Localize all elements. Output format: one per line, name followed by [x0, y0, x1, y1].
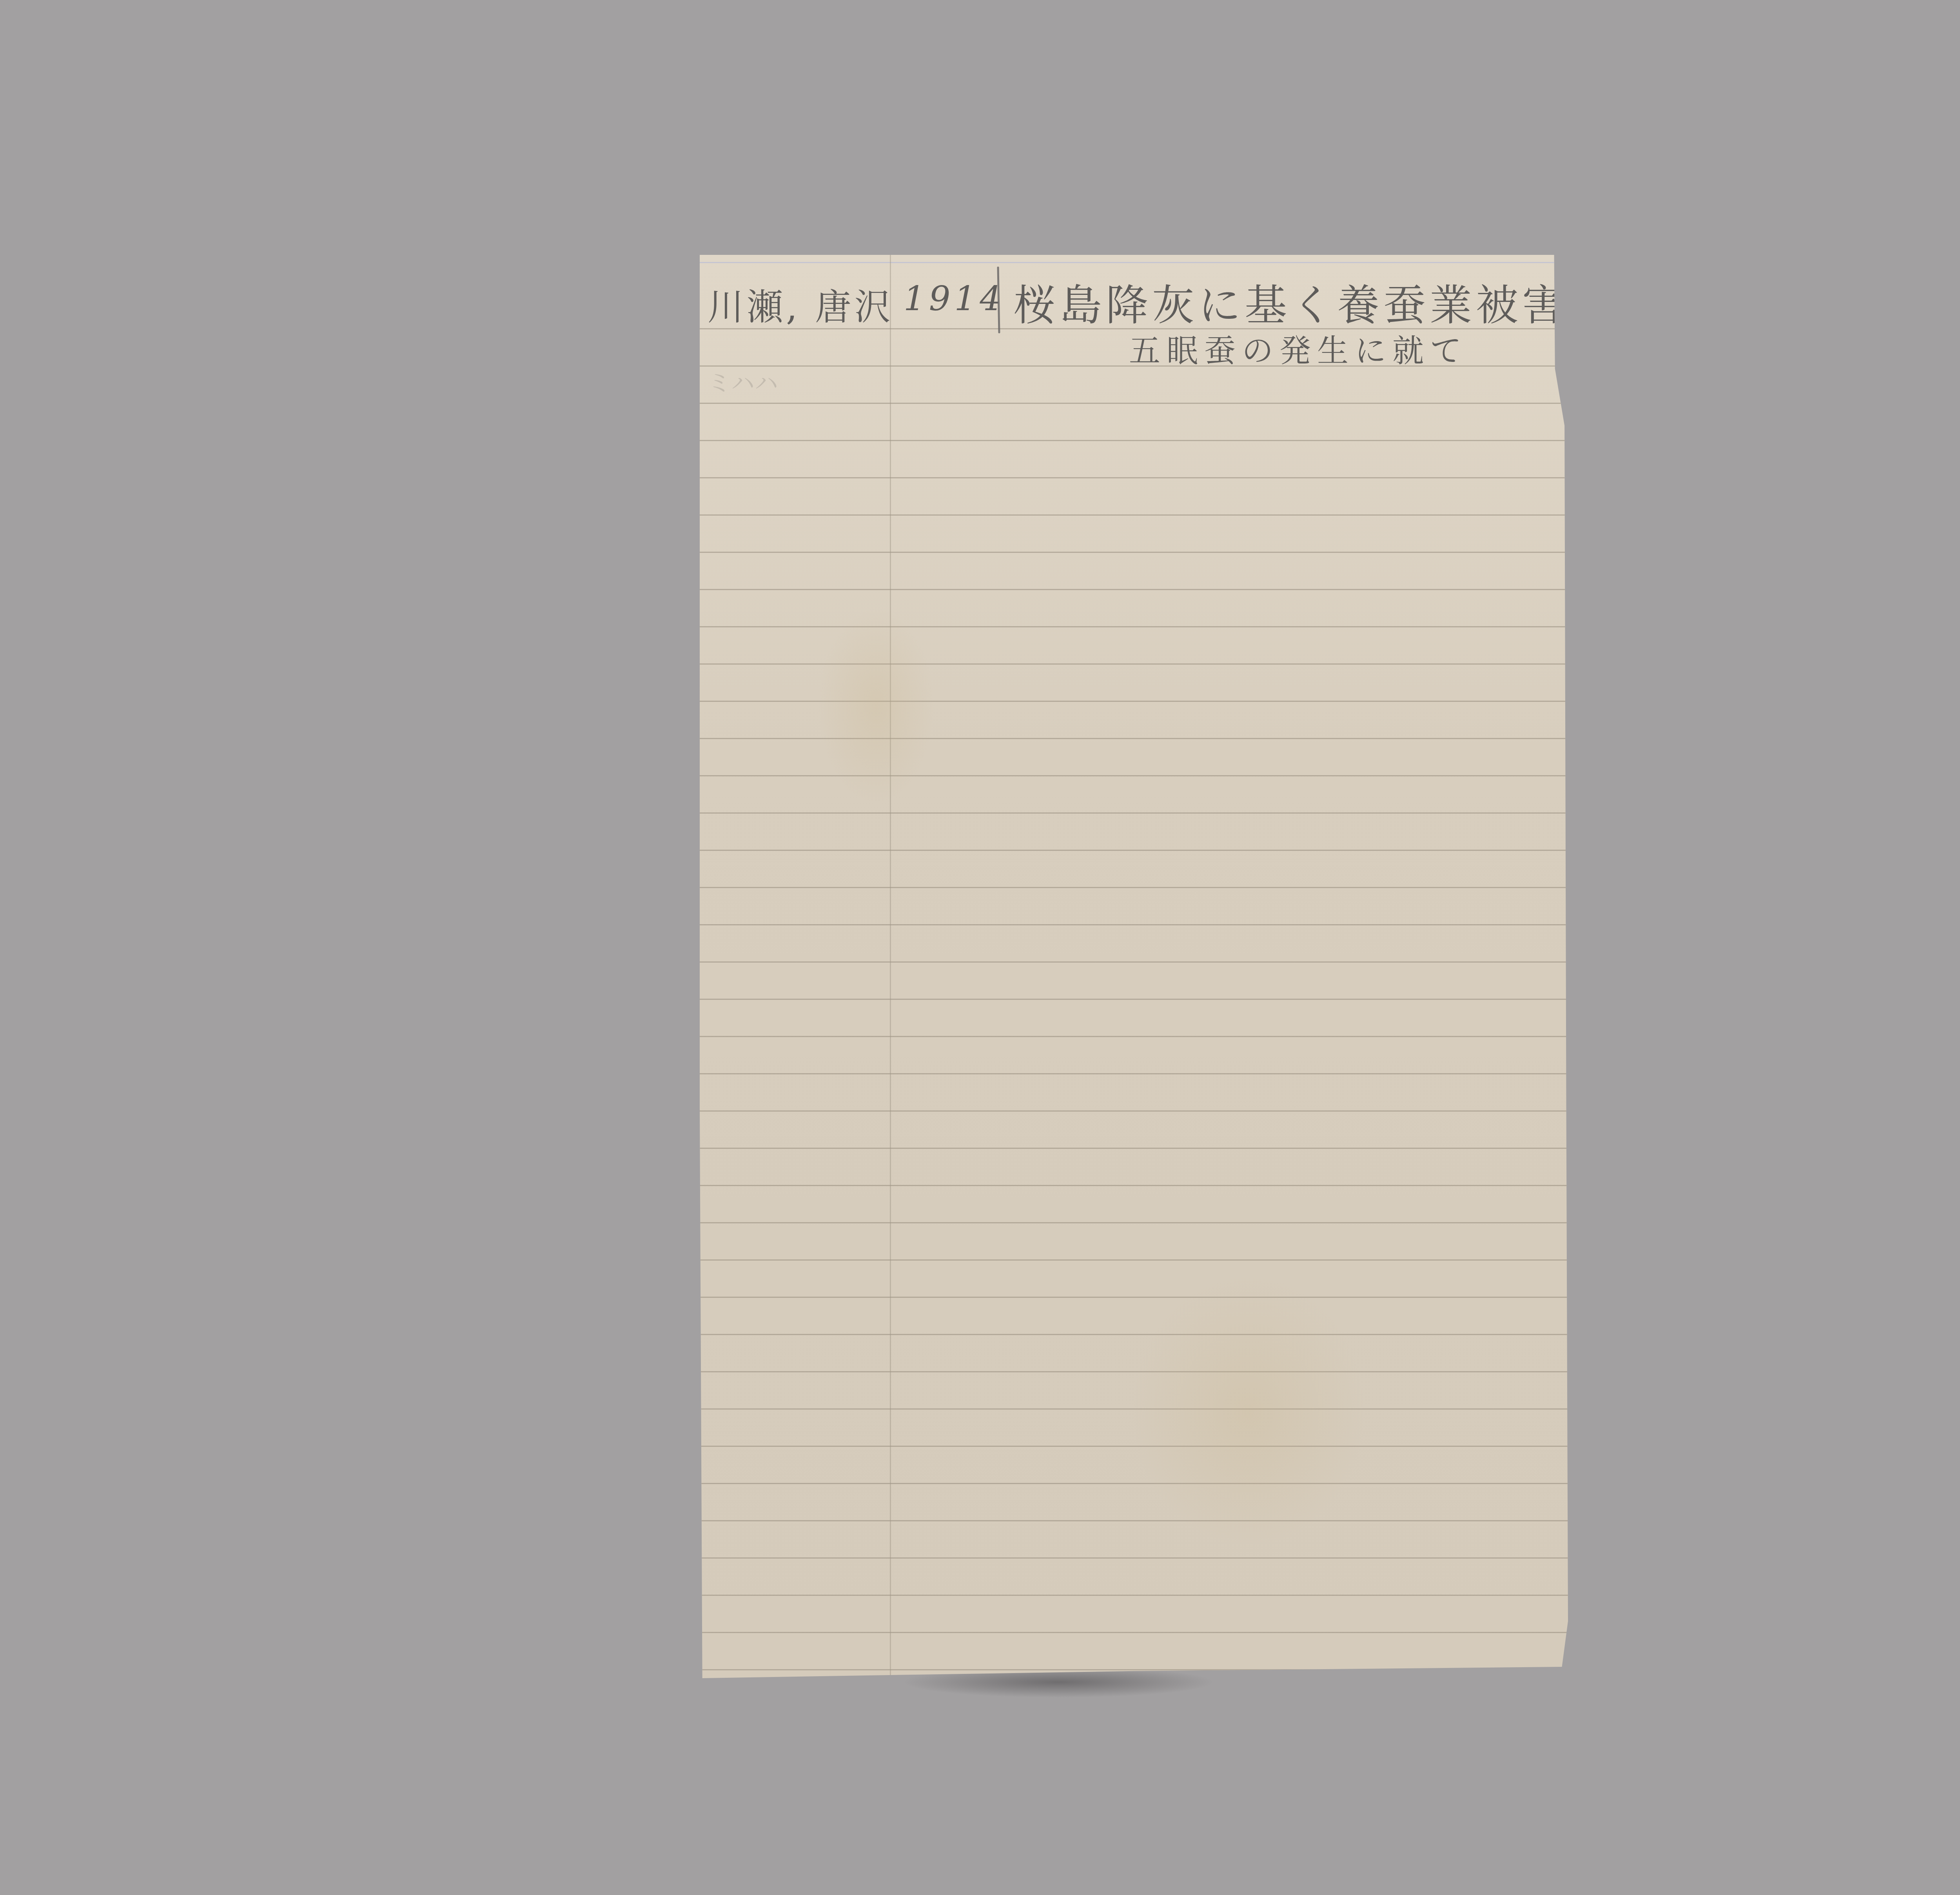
authors-text: 川瀬, 唐沢 [708, 278, 894, 330]
margin-line [890, 255, 891, 1678]
paper-top-edge-line [700, 262, 1568, 263]
paper-stain [817, 608, 935, 804]
faint-pencil-marks: ミハハ [708, 365, 778, 398]
title-line-1: 桜島降灰に基く養蚕業被害の調査並に [1013, 271, 1800, 332]
paper-stain [1131, 1274, 1366, 1549]
title-line-2: 五眠蚕の発生に就て [1129, 325, 1468, 371]
year-text: 1914 [904, 279, 1005, 318]
note-paper: 川瀬, 唐沢 1914 桜島降灰に基く養蚕業被害の調査並に 五眠蚕の発生に就て … [700, 255, 1568, 1678]
ruled-lines [700, 292, 1568, 1678]
